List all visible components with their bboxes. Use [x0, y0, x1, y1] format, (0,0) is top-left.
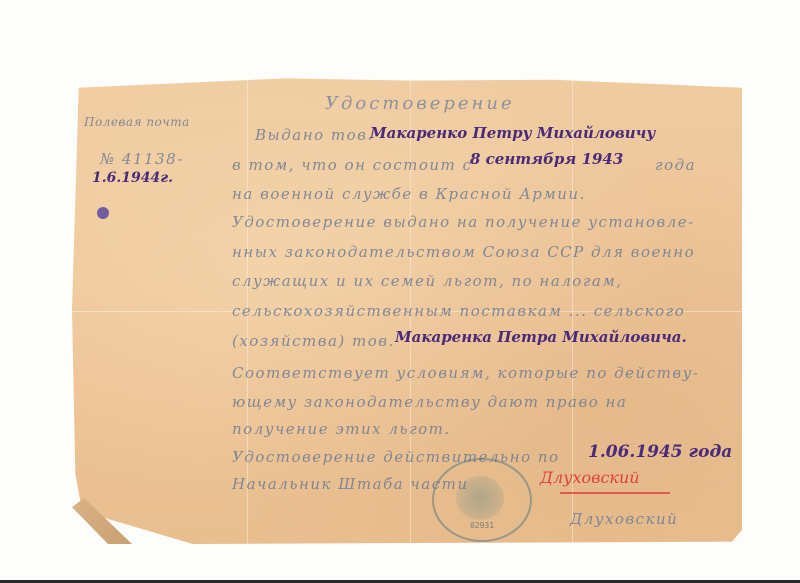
corner-note-label: Полевая почта — [84, 115, 190, 129]
line-8-pencil: (хозяйства) тов. — [232, 332, 395, 350]
ink-blot — [97, 207, 109, 219]
line-6: служащих и их семей льгот, по налогам, — [232, 272, 623, 290]
line-1-pencil: Выдано тов. — [255, 126, 374, 144]
official-stamp: 02931 — [432, 458, 532, 542]
signature-underline — [560, 492, 670, 494]
recipient-name: Макаренко Петру Михайловичу — [370, 124, 655, 142]
line-2-pencil: в том, что он состоит с — [232, 156, 472, 174]
valid-until-date: 1.06.1945 года — [588, 442, 732, 462]
line-2-pencil-after: года — [655, 156, 696, 174]
corner-note-number: № 41138- — [100, 150, 184, 168]
corner-note-date: 1.6.1944г. — [92, 170, 173, 186]
line-5: нных законодательством Союза ССР для вое… — [232, 243, 695, 261]
line-7: сельскохозяйственным поставкам ... сельс… — [232, 302, 685, 320]
line-9: Соответствует условиям, которые по дейст… — [232, 364, 699, 382]
line-11: получение этих льгот. — [232, 420, 451, 438]
service-start-date: 8 сентября 1943 — [470, 150, 623, 168]
pencil-signature: Длуховский — [570, 510, 678, 528]
red-signature: Длуховский — [540, 468, 640, 487]
line-10: ющему законодательству дают право на — [232, 393, 627, 411]
line-12-pencil: Удостоверение действительно по — [232, 448, 560, 466]
line-3: на военной службе в Красной Армии. — [232, 185, 586, 203]
stamp-number: 02931 — [434, 521, 530, 530]
stamp-emblem — [456, 476, 504, 520]
line-4: Удостоверение выдано на получение устано… — [232, 213, 695, 231]
beneficiary-name: Макаренка Петра Михайловича. — [395, 328, 687, 346]
document-title: Удостоверение — [325, 93, 515, 114]
